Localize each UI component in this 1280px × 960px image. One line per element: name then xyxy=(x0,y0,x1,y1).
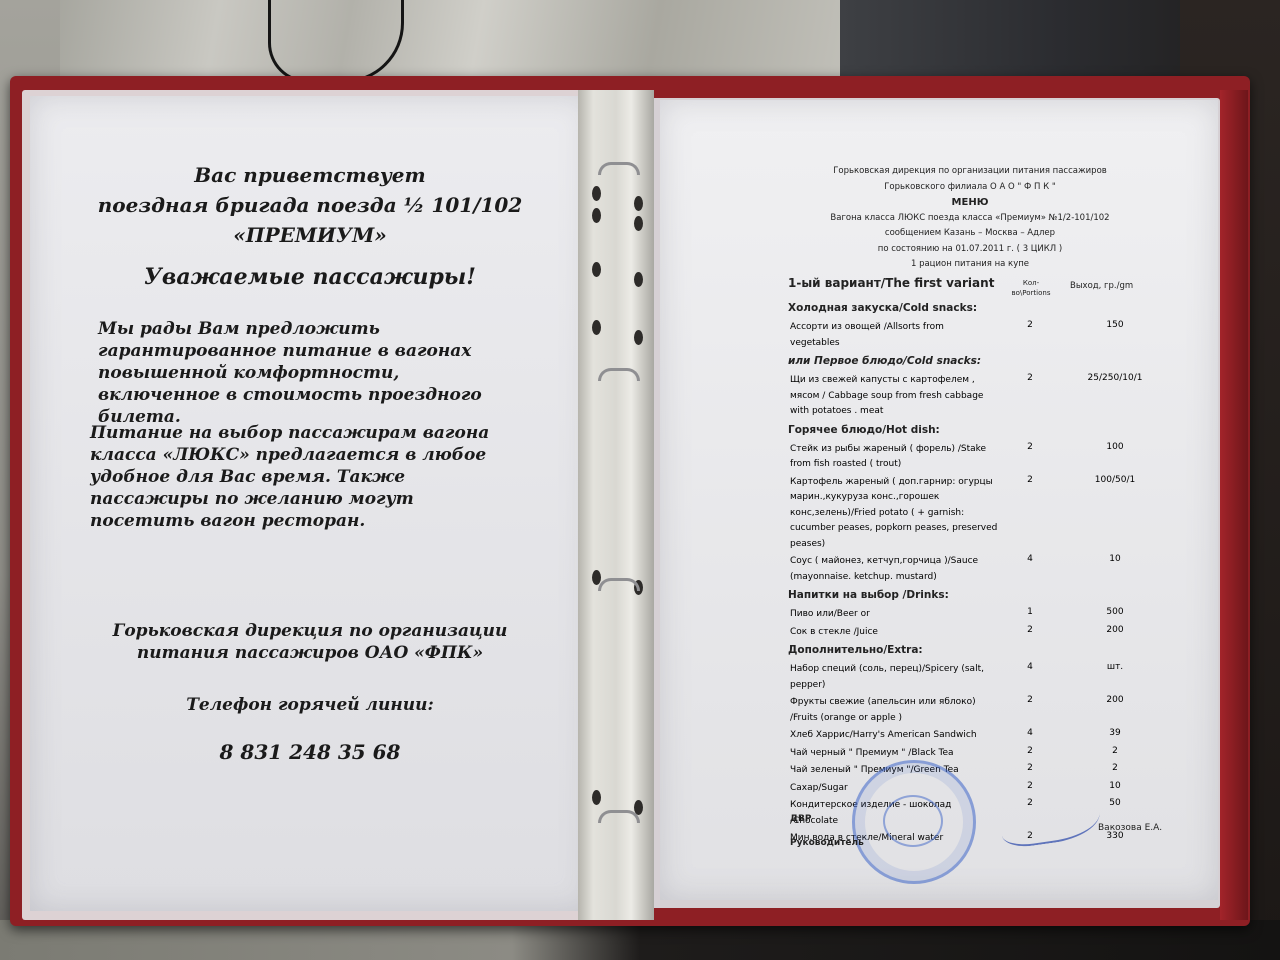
menu-item-output: 2 xyxy=(1075,763,1155,773)
menu-header: Горьковская дирекция по организации пита… xyxy=(760,164,1180,273)
punch-hole xyxy=(634,196,643,211)
menu-section-title: или Первое блюдо/Cold snacks: xyxy=(788,355,981,367)
header-line: Горьковская дирекция по организации пита… xyxy=(760,164,1180,180)
punch-hole xyxy=(592,186,601,201)
menu-item-output: 25/250/10/1 xyxy=(1075,373,1155,383)
menu-item-output: шт. xyxy=(1075,662,1155,672)
menu-item-name: Картофель жареный ( доп.гарнир: огурцыма… xyxy=(790,475,1030,553)
menu-item-portions: 2 xyxy=(1010,763,1050,773)
paragraph-line: пассажиры по желанию могут xyxy=(90,488,540,510)
menu-section-title: Дополнительно/Extra: xyxy=(788,644,923,656)
paragraph-line: класса «ЛЮКС» предлагается в любое xyxy=(90,444,540,466)
paragraph-line: удобное для Вас время. Также xyxy=(90,466,540,488)
menu-item-portions: 4 xyxy=(1010,554,1050,564)
punch-hole xyxy=(634,272,643,287)
menu-item-portions: 2 xyxy=(1010,442,1050,452)
role-label: Руководитель xyxy=(790,838,864,848)
menu-section-title: Напитки на выбор /Drinks: xyxy=(788,589,949,601)
menu-item-portions: 4 xyxy=(1010,662,1050,672)
paragraph-meal-choice: Питание на выбор пассажирам вагона класс… xyxy=(90,422,540,532)
binder-ring[interactable] xyxy=(598,810,640,823)
menu-item-name: Набор специй (соль, перец)/Spicery (salt… xyxy=(790,662,1030,693)
menu-item-portions: 2 xyxy=(1010,746,1050,756)
menu-item-output: 39 xyxy=(1075,728,1155,738)
signer-name: Вакозова Е.А. xyxy=(1098,823,1162,833)
menu-title: МЕНЮ xyxy=(760,195,1180,211)
menu-section-title: Холодная закуска/Cold snacks: xyxy=(788,302,977,314)
punch-hole xyxy=(592,790,601,805)
background-bottom xyxy=(0,920,1280,960)
greeting-line: «ПРЕМИУМ» xyxy=(30,220,590,250)
menu-item-portions: 2 xyxy=(1010,695,1050,705)
paragraph-line: включенное в стоимость проездного xyxy=(98,384,538,406)
punch-hole xyxy=(634,216,643,231)
hotline-label: Телефон горячей линии: xyxy=(30,695,590,715)
menu-item-name: Фрукты свежие (апельсин или яблоко)/Frui… xyxy=(790,695,1030,726)
column-header-output: Выход, гр./gm xyxy=(1070,281,1133,291)
menu-item-portions: 2 xyxy=(1010,320,1050,330)
organization-name: Горьковская дирекция по организации пита… xyxy=(30,620,590,664)
dept-label: ДВР xyxy=(790,814,811,824)
punch-hole xyxy=(634,330,643,345)
menu-item-name: Соус ( майонез, кетчуп,горчица )/Sauce(m… xyxy=(790,554,1030,585)
menu-item-name: Ассорти из овощей /Allsorts fromvegetabl… xyxy=(790,320,1030,351)
menu-item-name: Сок в стекле /Juice xyxy=(790,625,1030,641)
menu-item-portions: 1 xyxy=(1010,607,1050,617)
dear-passengers-heading: Уважаемые пассажиры! xyxy=(30,264,590,290)
greeting-line: поездная бригада поезда ½ 101/102 xyxy=(30,190,590,220)
greeting-line: Вас приветствует xyxy=(30,160,590,190)
punch-hole xyxy=(592,262,601,277)
official-stamp xyxy=(852,760,976,884)
stamp-logo xyxy=(883,795,943,847)
menu-item-portions: 4 xyxy=(1010,728,1050,738)
binder-ring[interactable] xyxy=(598,368,640,381)
punch-hole xyxy=(592,320,601,335)
header-line: Горьковского филиала О А О " Ф П К " xyxy=(760,180,1180,196)
header-line: сообщением Казань – Москва – Адлер xyxy=(760,226,1180,242)
menu-item-output: 2 xyxy=(1075,746,1155,756)
header-line: по состоянию на 01.07.2011 г. ( 3 ЦИКЛ ) xyxy=(760,242,1180,258)
paragraph-included-meals: Мы рады Вам предложить гарантированное п… xyxy=(98,318,538,428)
menu-item-name: Хлеб Харрис/Harry's American Sandwich xyxy=(790,728,1030,744)
menu-section-title: Горячее блюдо/Hot dish: xyxy=(788,424,940,436)
paragraph-line: гарантированное питание в вагонах xyxy=(98,340,538,362)
menu-item-output: 500 xyxy=(1075,607,1155,617)
menu-item-name: Стейк из рыбы жареный ( форель) /Stakefr… xyxy=(790,442,1030,473)
menu-item-portions: 2 xyxy=(1010,781,1050,791)
menu-item-output: 100 xyxy=(1075,442,1155,452)
menu-item-portions: 2 xyxy=(1010,373,1050,383)
menu-item-output: 100/50/1 xyxy=(1075,475,1155,485)
greeting: Вас приветствует поездная бригада поезда… xyxy=(30,160,590,250)
organization-line: Горьковская дирекция по организации xyxy=(30,620,590,642)
menu-item-name: Щи из свежей капусты с картофелем ,мясом… xyxy=(790,373,1030,420)
paragraph-line: посетить вагон ресторан. xyxy=(90,510,540,532)
hotline-number: 8 831 248 35 68 xyxy=(30,740,590,764)
menu-item-output: 200 xyxy=(1075,695,1155,705)
folder-edge xyxy=(1220,90,1248,920)
menu-item-output: 150 xyxy=(1075,320,1155,330)
menu-item-name: Чай черный " Премиум " /Black Tea xyxy=(790,746,1030,762)
organization-line: питания пассажиров ОАО «ФПК» xyxy=(30,642,590,664)
punch-hole xyxy=(592,208,601,223)
binder-ring[interactable] xyxy=(598,162,640,175)
menu-item-portions: 2 xyxy=(1010,625,1050,635)
variant-title: 1-ый вариант/The first variant xyxy=(788,276,994,290)
header-line: 1 рацион питания на купе xyxy=(760,257,1180,273)
paragraph-line: Питание на выбор пассажирам вагона xyxy=(90,422,540,444)
menu-item-portions: 2 xyxy=(1010,475,1050,485)
binder-ring[interactable] xyxy=(598,578,640,591)
menu-item-output: 10 xyxy=(1075,554,1155,564)
column-header-portions: Кол-во\Portions xyxy=(1006,278,1056,298)
header-line: Вагона класса ЛЮКС поезда класса «Премиу… xyxy=(760,211,1180,227)
paragraph-line: Мы рады Вам предложить xyxy=(98,318,538,340)
menu-item-name: Пиво или/Beer or xyxy=(790,607,1030,623)
menu-item-output: 200 xyxy=(1075,625,1155,635)
paragraph-line: повышенной комфортности, xyxy=(98,362,538,384)
